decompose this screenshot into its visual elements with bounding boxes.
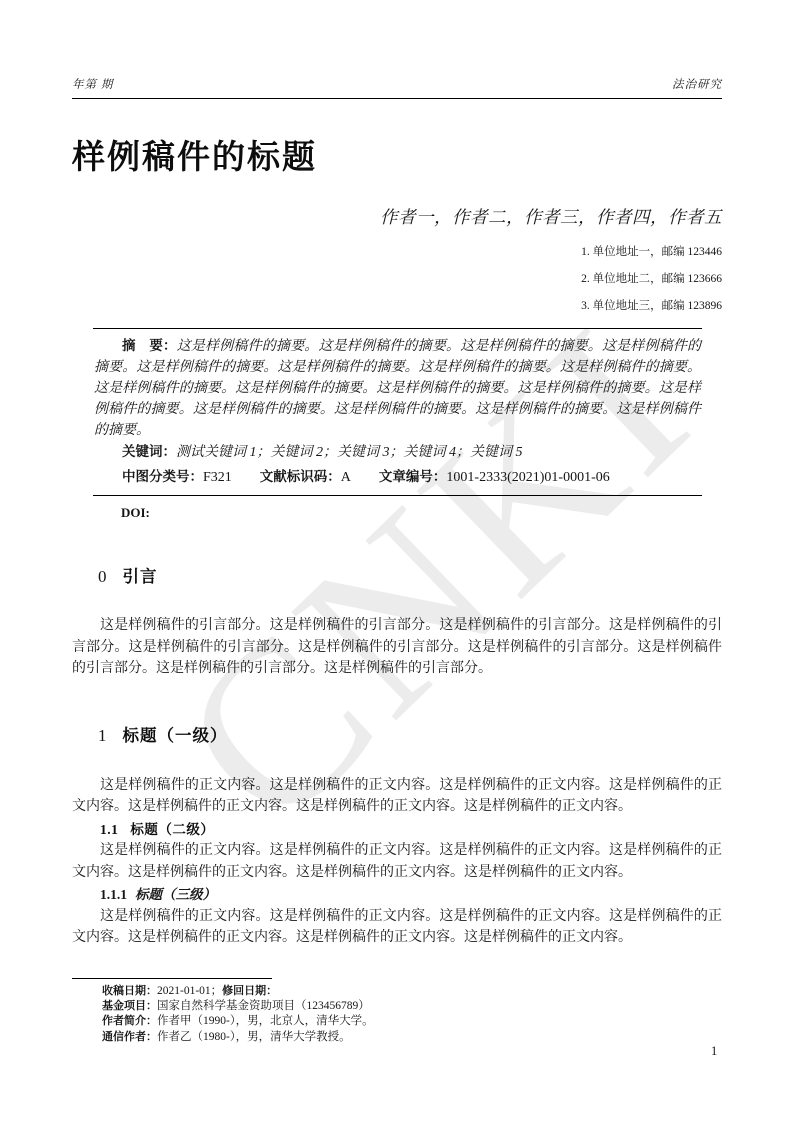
subsection-title: 标题（二级） [130, 822, 214, 837]
manuscript-page: CNKI 年第 期 法治研究 样例稿件的标题 作者一，作者二，作者三，作者四，作… [0, 0, 794, 1123]
section-heading-intro: 0引言 [72, 563, 722, 589]
header-issue-text: 年第 期 [72, 76, 113, 92]
clc-label: 中图分类号： [122, 469, 203, 484]
subsection-heading-1-1: 1.1标题（二级） [72, 819, 722, 841]
abstract-text: 这是样例稿件的摘要。这是样例稿件的摘要。这是样例稿件的摘要。这是样例稿件的摘要。… [94, 339, 701, 438]
header-journal-name: 法治研究 [672, 76, 722, 92]
affiliation-item: 2. 单位地址二，邮编 123666 [72, 266, 722, 293]
keywords-text: 测试关键词 1；关键词 2；关键词 3；关键词 4；关键词 5 [176, 445, 523, 460]
subsection-title: 标题（三级） [135, 887, 216, 902]
footnote-label: 修回日期： [222, 985, 277, 997]
doi-line: DOI: [93, 505, 702, 521]
intro-paragraph: 这是样例稿件的引言部分。这是样例稿件的引言部分。这是样例稿件的引言部分。这是样例… [72, 615, 722, 680]
affiliations-list: 1. 单位地址一，邮编 123446 2. 单位地址二，邮编 123666 3.… [72, 239, 722, 320]
subsection-number: 1.1 [100, 822, 118, 837]
footnote-text: 作者乙（1980-），男，清华大学教授。 [157, 1031, 351, 1043]
running-header: 年第 期 法治研究 [72, 76, 722, 99]
authors-line: 作者一，作者二，作者三，作者四，作者五 [72, 204, 722, 229]
body-paragraph: 这是样例稿件的正文内容。这是样例稿件的正文内容。这是样例稿件的正文内容。这是样例… [72, 906, 722, 949]
footnote-author-bio: 作者简介：作者甲（1990-），男，北京人，清华大学。 [72, 1014, 712, 1029]
subsection-heading-1-1-1: 1.1.1标题（三级） [72, 884, 722, 906]
abstract-block: 摘 要：这是样例稿件的摘要。这是样例稿件的摘要。这是样例稿件的摘要。这是样例稿件… [93, 328, 702, 496]
footnote-text: 2021-01-01； [157, 985, 222, 997]
footnote-text: 国家自然科学基金资助项目（123456789） [157, 1000, 370, 1012]
section-heading-1: 1标题（一级） [72, 722, 722, 748]
footnote-label: 收稿日期： [102, 985, 157, 997]
subsection-number: 1.1.1 [100, 887, 127, 902]
affiliation-item: 1. 单位地址一，邮编 123446 [72, 239, 722, 266]
footnote-received-date: 收稿日期：2021-01-01；修回日期： [72, 984, 712, 999]
doc-code-label: 文献标识码： [260, 469, 341, 484]
abstract-label: 摘 要： [122, 338, 177, 353]
keywords-label: 关键词： [122, 444, 176, 459]
section-number: 0 [98, 567, 107, 586]
page-number: 1 [711, 1044, 717, 1059]
section-number: 1 [98, 726, 107, 745]
page-content: 年第 期 法治研究 样例稿件的标题 作者一，作者二，作者三，作者四，作者五 1.… [0, 0, 794, 949]
section-title: 引言 [123, 568, 158, 586]
keywords-line: 关键词：测试关键词 1；关键词 2；关键词 3；关键词 4；关键词 5 [94, 441, 701, 463]
clc-value: F321 [203, 470, 232, 485]
footnote-text: 作者甲（1990-），男，北京人，清华大学。 [157, 1015, 374, 1027]
footnote-label: 通信作者： [102, 1031, 157, 1043]
footnote-label: 基金项目： [102, 1000, 157, 1012]
classification-line: 中图分类号：F321文献标识码：A文章编号：1001-2333(2021)01-… [94, 466, 701, 488]
section-title: 标题（一级） [123, 727, 228, 745]
article-id-value: 1001-2333(2021)01-0001-06 [446, 470, 609, 485]
article-id-label: 文章编号： [379, 469, 447, 484]
doc-code-value: A [341, 470, 351, 485]
abstract-paragraph: 摘 要：这是样例稿件的摘要。这是样例稿件的摘要。这是样例稿件的摘要。这是样例稿件… [94, 335, 701, 441]
footnote-rule [72, 978, 272, 979]
article-title: 样例稿件的标题 [72, 131, 722, 178]
footnote-label: 作者简介： [102, 1015, 157, 1027]
affiliation-item: 3. 单位地址三，邮编 123896 [72, 293, 722, 320]
body-paragraph: 这是样例稿件的正文内容。这是样例稿件的正文内容。这是样例稿件的正文内容。这是样例… [72, 840, 722, 883]
footnote-corresponding-author: 通信作者：作者乙（1980-），男，清华大学教授。 [72, 1030, 712, 1045]
doi-label: DOI: [121, 505, 150, 520]
footnote-block: 收稿日期：2021-01-01；修回日期： 基金项目：国家自然科学基金资助项目（… [72, 978, 712, 1045]
body-paragraph: 这是样例稿件的正文内容。这是样例稿件的正文内容。这是样例稿件的正文内容。这是样例… [72, 775, 722, 818]
footnote-fund-project: 基金项目：国家自然科学基金资助项目（123456789） [72, 999, 712, 1014]
